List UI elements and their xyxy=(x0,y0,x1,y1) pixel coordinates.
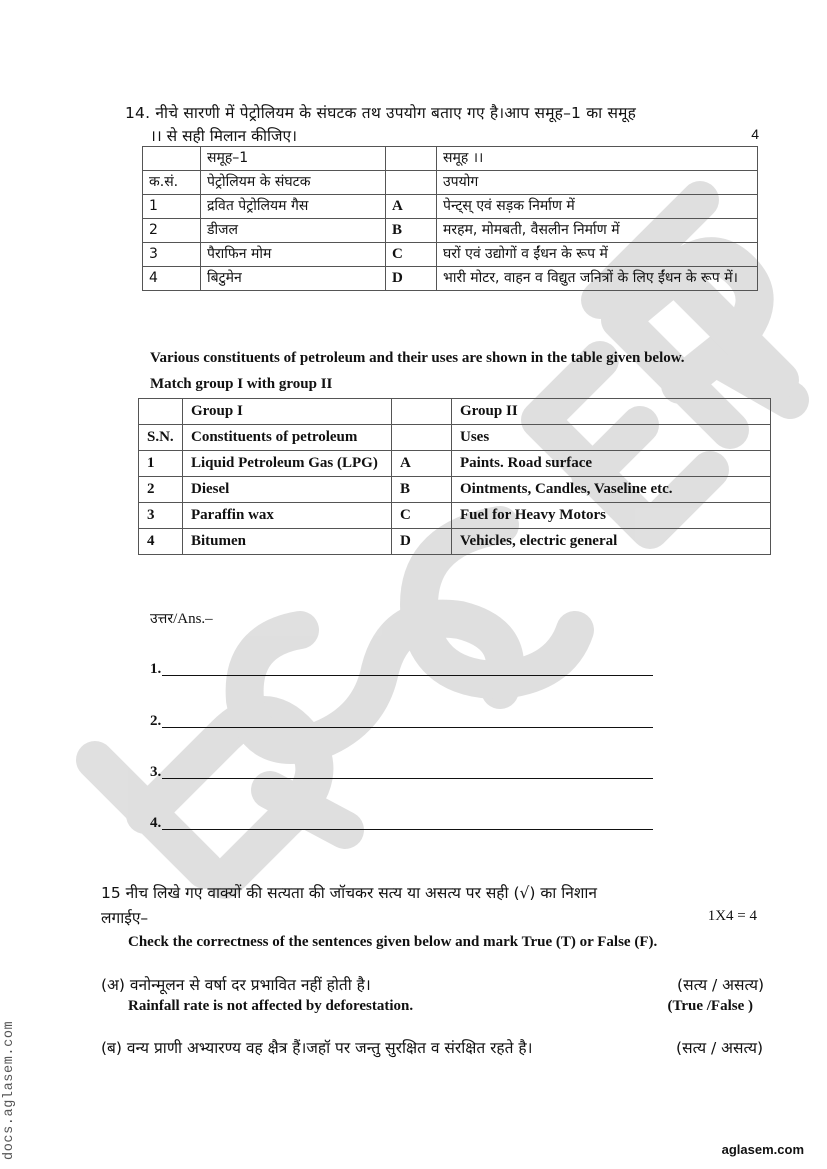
q14-marks: 4 xyxy=(751,126,759,142)
answer-number: 2. xyxy=(150,713,162,730)
answer-blank xyxy=(162,829,653,830)
q15b-hindi-statement: (ब) वन्य प्राणी अभ्यारण्य वह क्षैत्र हैं… xyxy=(101,1036,763,1058)
answer-blank xyxy=(162,778,653,779)
q15a-hindi-statement: (अ) वनोन्मूलन से वर्षा दर प्रभावित नहीं … xyxy=(101,973,371,995)
table-cell: भारी मोटर, वाहन व विद्युत जनित्रों के लि… xyxy=(437,267,758,291)
table-cell: Paraffin wax xyxy=(183,503,392,529)
q14-hindi-prompt-line1: 14. नीचे सारणी में पेट्रोलियम के संघटक त… xyxy=(125,101,757,123)
table-cell xyxy=(392,399,452,425)
answer-label-english: /Ans.– xyxy=(173,611,213,627)
table-row: 1 Liquid Petroleum Gas (LPG) A Paints. R… xyxy=(139,451,771,477)
q14-english-match-table: Group I Group II S.N. Constituents of pe… xyxy=(138,398,771,555)
table-row: 4 Bitumen D Vehicles, electric general xyxy=(139,529,771,555)
group-1-heading: समूह–1 xyxy=(201,147,386,171)
table-header-row: Group I Group II xyxy=(139,399,771,425)
answer-blank xyxy=(162,727,653,728)
table-cell: 3 xyxy=(143,243,201,267)
constituents-heading: Constituents of petroleum xyxy=(183,425,392,451)
table-cell: Bitumen xyxy=(183,529,392,555)
uses-heading: Uses xyxy=(452,425,771,451)
table-cell: बिटुमेन xyxy=(201,267,386,291)
answer-line-4[interactable]: 4. xyxy=(150,815,653,832)
table-cell: घरों एवं उद्योगों व ईंधन के रूप में xyxy=(437,243,758,267)
table-cell: Vehicles, electric general xyxy=(452,529,771,555)
q14-hindi-match-table: समूह–1 समूह ।। क.सं. पेट्रोलियम के संघटक… xyxy=(142,146,758,291)
table-cell: 1 xyxy=(139,451,183,477)
answer-blank xyxy=(162,675,653,676)
table-cell: A xyxy=(392,451,452,477)
table-cell: D xyxy=(386,267,437,291)
q14-english-intro: Various constituents of petroleum and th… xyxy=(150,350,685,367)
q14-english-instruction: Match group I with group II xyxy=(150,376,332,393)
q15a-english-true-false-options[interactable]: (True /False ) xyxy=(667,998,753,1015)
table-header-row: समूह–1 समूह ।। xyxy=(143,147,758,171)
table-cell: D xyxy=(392,529,452,555)
table-cell: C xyxy=(386,243,437,267)
answer-line-1[interactable]: 1. xyxy=(150,661,653,678)
q15-hindi-prompt-line1: 15 नीच लिखे गए वाक्यों की सत्यता की जॉचक… xyxy=(101,881,767,903)
table-cell: A xyxy=(386,195,437,219)
answer-number: 1. xyxy=(150,661,162,678)
q15b-hindi-text: (ब) वन्य प्राणी अभ्यारण्य वह क्षैत्र हैं… xyxy=(101,1036,533,1058)
table-cell: Ointments, Candles, Vaseline etc. xyxy=(452,477,771,503)
q15a-english-statement: Rainfall rate is not affected by defores… xyxy=(128,998,413,1015)
table-cell: मरहम, मोमबती, वैसलीन निर्माण में xyxy=(437,219,758,243)
q15-marks: 1X4 = 4 xyxy=(708,908,757,925)
table-cell: 4 xyxy=(143,267,201,291)
table-cell: 2 xyxy=(143,219,201,243)
answer-label-hindi: उत्तर xyxy=(150,611,173,627)
table-row: 3 पैराफिन मोम C घरों एवं उद्योगों व ईंधन… xyxy=(143,243,758,267)
side-watermark-url: docs.aglasem.com xyxy=(2,1021,17,1160)
table-cell: 2 xyxy=(139,477,183,503)
uses-heading: उपयोग xyxy=(437,171,758,195)
table-cell: B xyxy=(392,477,452,503)
answer-number: 3. xyxy=(150,764,162,781)
table-cell: द्रवित पेट्रोलियम गैस xyxy=(201,195,386,219)
q14-hindi-prompt-line2: ।। से सही मिलान कीजिए। xyxy=(150,124,297,146)
table-row: 2 Diesel B Ointments, Candles, Vaseline … xyxy=(139,477,771,503)
serial-heading: क.सं. xyxy=(143,171,201,195)
table-cell xyxy=(386,147,437,171)
table-header-row: S.N. Constituents of petroleum Uses xyxy=(139,425,771,451)
table-cell: 4 xyxy=(139,529,183,555)
table-cell: Fuel for Heavy Motors xyxy=(452,503,771,529)
footer-brand: aglasem.com xyxy=(722,1142,804,1157)
table-row: 3 Paraffin wax C Fuel for Heavy Motors xyxy=(139,503,771,529)
answer-label: उत्तर/Ans.– xyxy=(150,609,213,628)
answer-line-3[interactable]: 3. xyxy=(150,764,653,781)
group-2-heading: Group II xyxy=(452,399,771,425)
table-cell xyxy=(386,171,437,195)
table-row: 1 द्रवित पेट्रोलियम गैस A पेन्ट्स् एवं स… xyxy=(143,195,758,219)
table-cell: Paints. Road surface xyxy=(452,451,771,477)
q15-hindi-prompt-line2: लगाईए– xyxy=(101,906,148,928)
table-cell xyxy=(392,425,452,451)
table-cell: Diesel xyxy=(183,477,392,503)
q15-english-instruction: Check the correctness of the sentences g… xyxy=(128,934,657,951)
q15a-hindi-true-false-options[interactable]: (सत्य / असत्य) xyxy=(677,973,764,995)
answer-line-2[interactable]: 2. xyxy=(150,713,653,730)
table-cell: B xyxy=(386,219,437,243)
q15b-hindi-true-false-options[interactable]: (सत्य / असत्य) xyxy=(676,1036,763,1058)
table-row: 4 बिटुमेन D भारी मोटर, वाहन व विद्युत जन… xyxy=(143,267,758,291)
group-2-heading: समूह ।। xyxy=(437,147,758,171)
table-row: 2 डीजल B मरहम, मोमबती, वैसलीन निर्माण मे… xyxy=(143,219,758,243)
table-cell: 3 xyxy=(139,503,183,529)
table-cell: 1 xyxy=(143,195,201,219)
table-cell xyxy=(139,399,183,425)
table-cell: पैराफिन मोम xyxy=(201,243,386,267)
constituents-heading: पेट्रोलियम के संघटक xyxy=(201,171,386,195)
table-cell xyxy=(143,147,201,171)
group-1-heading: Group I xyxy=(183,399,392,425)
table-cell: डीजल xyxy=(201,219,386,243)
answer-number: 4. xyxy=(150,815,162,832)
table-cell: Liquid Petroleum Gas (LPG) xyxy=(183,451,392,477)
table-header-row: क.सं. पेट्रोलियम के संघटक उपयोग xyxy=(143,171,758,195)
serial-heading: S.N. xyxy=(139,425,183,451)
table-cell: C xyxy=(392,503,452,529)
table-cell: पेन्ट्स् एवं सड़क निर्माण में xyxy=(437,195,758,219)
